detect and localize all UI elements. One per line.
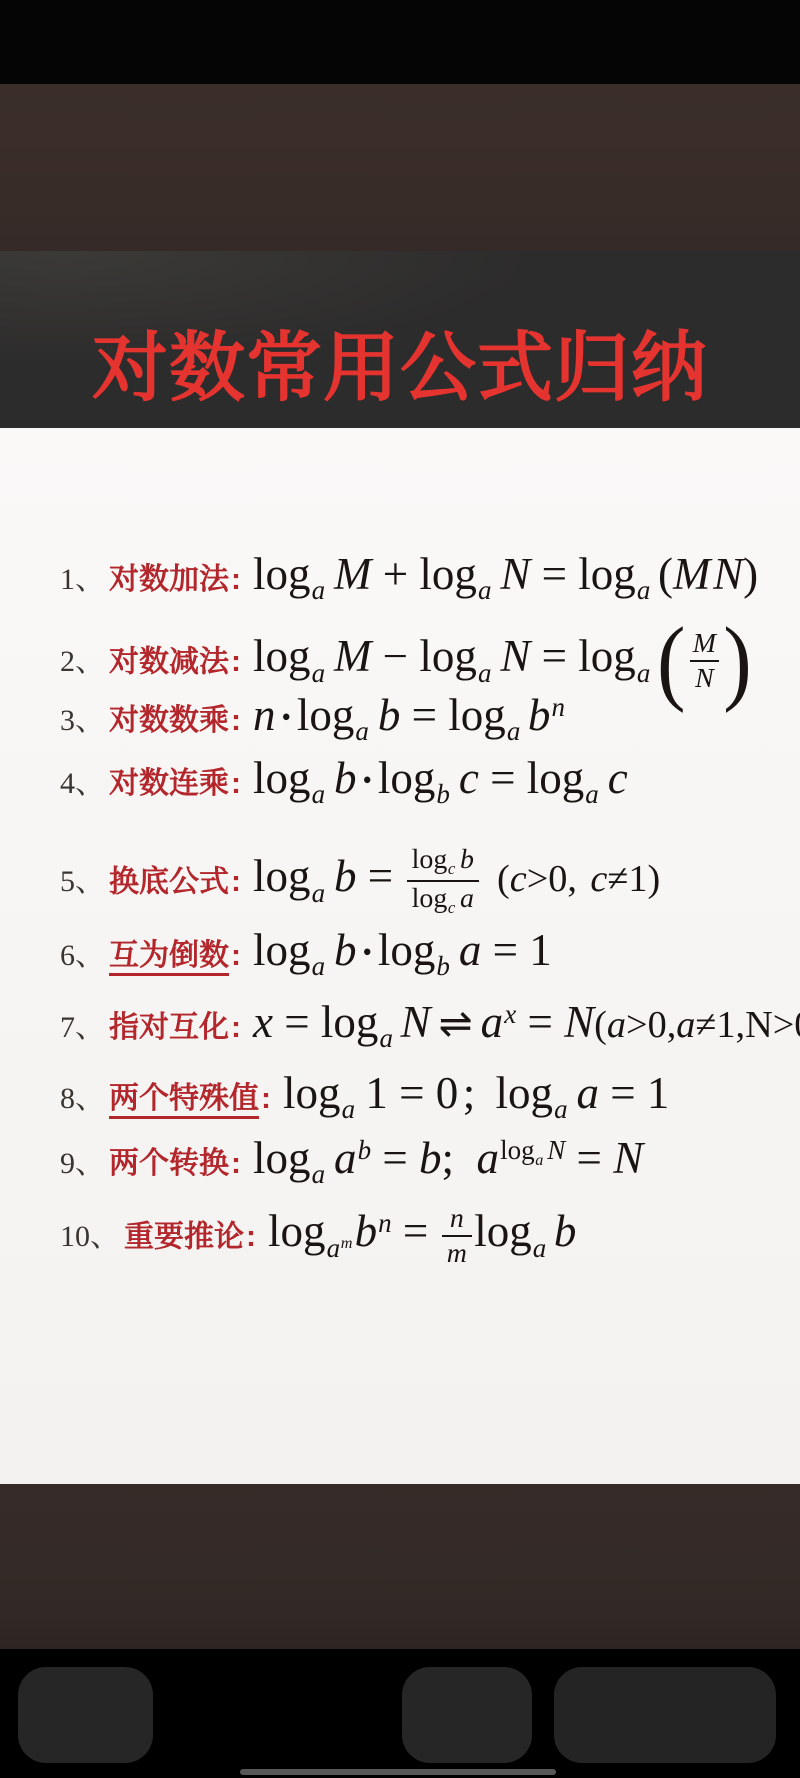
formula-row: 10、重要推论:logambn = nmlogab [60,1203,576,1269]
row-label: 对数减法 [109,645,229,678]
row-formula: logaM − logaN = loga(MN) [253,631,752,681]
row-label: 对数连乘 [109,767,229,800]
row-colon: : [231,865,241,898]
row-number: 8、 [60,1082,105,1115]
row-formula: logaM + logaN = loga(MN) [253,549,758,599]
formula-row: 1、对数加法:logaM + logaN = loga(MN) [60,547,758,607]
row-number: 2、 [60,645,105,678]
row-colon: : [231,563,241,596]
row-label: 重要推论 [124,1220,244,1253]
row-colon: : [231,704,241,737]
row-number: 9、 [60,1147,105,1180]
formula-row: 6、互为倒数:logab•logba = 1 [60,923,552,983]
row-label: 两个特殊值 [109,1082,259,1119]
formula-row: 4、对数连乘:logab•logbc = logac [60,751,628,811]
title-banner: 对数常用公式归纳 [0,251,800,428]
row-formula: logab•logbc = logac [253,753,628,803]
phone-screen: 对数常用公式归纳 1、对数加法:logaM + logaN = loga(MN)… [0,0,800,1778]
letterbox-bottom [0,1484,800,1649]
page-title: 对数常用公式归纳 [0,327,800,411]
home-indicator[interactable] [240,1769,556,1775]
row-colon: : [261,1082,271,1115]
row-number: 10、 [60,1220,120,1253]
row-formula: n•logab = logabn [253,690,565,740]
letterbox-top [0,84,800,251]
row-label: 对数加法 [109,563,229,596]
row-colon: : [231,767,241,800]
status-bar-area [0,0,800,84]
row-label: 互为倒数 [109,939,229,976]
row-colon: : [246,1220,256,1253]
row-label: 指对互化 [109,1011,229,1044]
formula-row: 3、对数数乘:n•logab = logabn [60,688,565,748]
row-colon: : [231,1147,241,1180]
formula-sheet: 1、对数加法:logaM + logaN = loga(MN) 2、对数减法:l… [0,428,800,1484]
dock-thumbnail-right[interactable] [554,1667,776,1763]
row-number: 5、 [60,865,105,898]
row-formula: x = logaN⇌ax = N(a>0,a≠1,N>0) [253,997,800,1047]
bottom-dock [0,1649,800,1778]
formula-row: 9、两个转换:logaab = b;alogaN = N [60,1131,643,1191]
row-formula: logambn = nmlogab [268,1206,576,1256]
row-formula: logab•logba = 1 [253,925,552,975]
row-formula: loga1 = 0;logaa = 1 [283,1068,669,1118]
row-number: 3、 [60,704,105,737]
row-number: 7、 [60,1011,105,1044]
dock-thumbnail-middle[interactable] [402,1667,532,1763]
formula-row: 5、换底公式:logab = logcblogca(c>0,c≠1) [60,844,660,918]
row-label: 两个转换 [109,1147,229,1180]
row-label: 对数数乘 [109,704,229,737]
row-number: 4、 [60,767,105,800]
row-label: 换底公式 [109,865,229,898]
formula-row: 8、两个特殊值:loga1 = 0;logaa = 1 [60,1066,669,1126]
formula-row: 2、对数减法:logaM − logaN = loga(MN) [60,628,752,694]
row-colon: : [231,939,241,972]
row-colon: : [231,1011,241,1044]
row-colon: : [231,645,241,678]
row-number: 1、 [60,563,105,596]
dock-thumbnail-left[interactable] [18,1667,153,1763]
row-number: 6、 [60,939,105,972]
formula-row: 7、指对互化:x = logaN⇌ax = N(a>0,a≠1,N>0) [60,995,800,1055]
row-formula: logab = logcblogca(c>0,c≠1) [253,851,660,901]
row-formula: logaab = b;alogaN = N [253,1133,643,1183]
